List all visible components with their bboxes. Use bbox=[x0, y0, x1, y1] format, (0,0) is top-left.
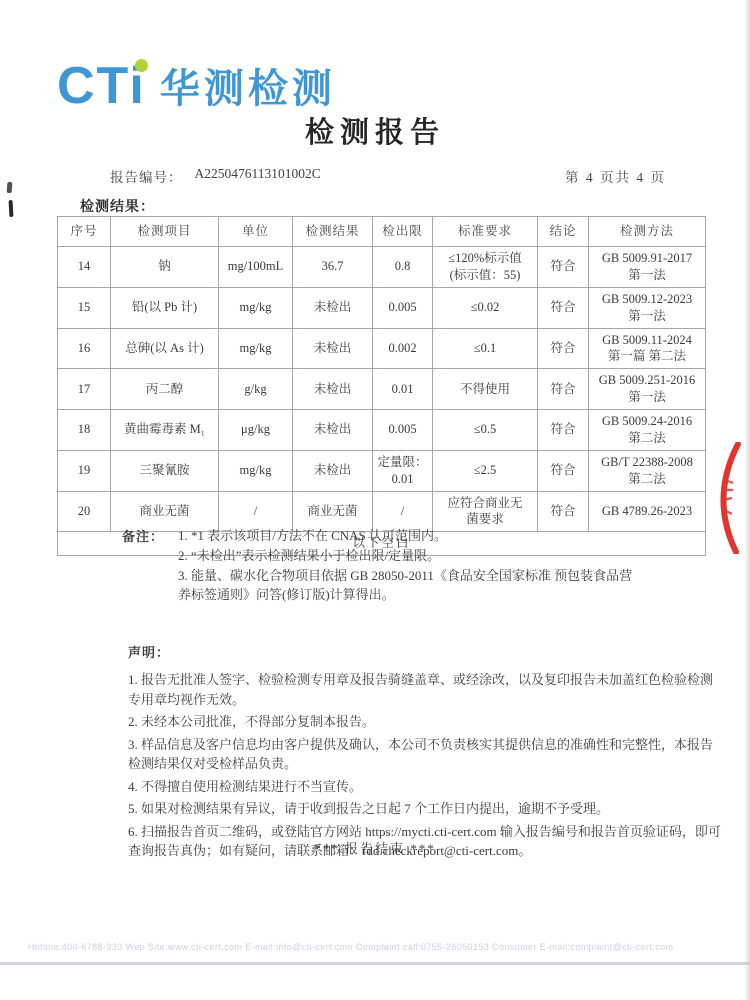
table-cell: 未检出 bbox=[293, 369, 373, 410]
table-cell: 总砷(以 As 计) bbox=[111, 328, 219, 369]
table-cell: 符合 bbox=[538, 328, 589, 369]
table-cell: 三聚氰胺 bbox=[111, 450, 219, 491]
table-row: 18黄曲霉毒素 M₁μg/kg未检出0.005≤0.5符合GB 5009.24-… bbox=[58, 410, 706, 451]
table-cell: 未检出 bbox=[293, 328, 373, 369]
table-cell: 0.005 bbox=[373, 410, 433, 451]
table-cell: GB 5009.11-2024 第一篇 第二法 bbox=[589, 328, 706, 369]
list-item: 2. 未经本公司批准，不得部分复制本报告。 bbox=[128, 712, 724, 732]
col-header-detection-limit: 检出限 bbox=[373, 217, 433, 247]
list-item: 4. 不得擅自使用检测结果进行不当宣传。 bbox=[128, 777, 724, 797]
table-cell: 符合 bbox=[538, 247, 589, 288]
table-cell: 未检出 bbox=[293, 410, 373, 451]
table-cell: 19 bbox=[58, 450, 111, 491]
table-cell: mg/100mL bbox=[219, 247, 293, 288]
cti-logo-chinese: 华测检测 bbox=[160, 68, 336, 110]
table-cell: 未检出 bbox=[293, 450, 373, 491]
col-header-seq: 序号 bbox=[58, 217, 111, 247]
table-cell: 20 bbox=[58, 491, 111, 532]
table-cell: GB 5009.24-2016 第二法 bbox=[589, 410, 706, 451]
declaration-block: 声明： 1. 报告无批准人签字、检验检测专用章及报告骑缝盖章、或经涂改，以及复印… bbox=[128, 642, 724, 864]
table-row: 17丙二醇g/kg未检出0.01不得使用符合GB 5009.251-2016 第… bbox=[58, 369, 706, 410]
list-item: 1. *1 表示该项目/方法不在 CNAS 认可范围内。 bbox=[178, 526, 642, 545]
table-cell: 黄曲霉毒素 M₁ bbox=[111, 410, 219, 451]
table-cell: GB/T 22388-2008 第二法 bbox=[589, 450, 706, 491]
table-cell: GB 5009.12-2023 第一法 bbox=[589, 287, 706, 328]
table-cell: 定量限： 0.01 bbox=[373, 450, 433, 491]
table-cell: mg/kg bbox=[219, 450, 293, 491]
list-item: 1. 报告无批准人签字、检验检测专用章及报告骑缝盖章、或经涂改，以及复印报告未加… bbox=[128, 670, 724, 709]
table-cell: 18 bbox=[58, 410, 111, 451]
footer-contact-line: Hotline:400-6788-333 Web Site:www.cti-ce… bbox=[28, 942, 728, 952]
table-cell: 17 bbox=[58, 369, 111, 410]
col-header-standard: 标准要求 bbox=[433, 217, 538, 247]
report-end-note: *** 报告结束 *** bbox=[0, 838, 750, 857]
table-cell: 符合 bbox=[538, 410, 589, 451]
table-cell: 符合 bbox=[538, 287, 589, 328]
table-cell: 15 bbox=[58, 287, 111, 328]
cti-logo-text: CTi bbox=[57, 63, 146, 110]
binding-mark bbox=[9, 200, 14, 217]
table-cell: 14 bbox=[58, 247, 111, 288]
table-row: 16总砷(以 As 计)mg/kg未检出0.002≤0.1符合GB 5009.1… bbox=[58, 328, 706, 369]
declaration-list: 1. 报告无批准人签字、检验检测专用章及报告骑缝盖章、或经涂改，以及复印报告未加… bbox=[128, 670, 724, 861]
table-cell: mg/kg bbox=[219, 287, 293, 328]
table-cell: 0.002 bbox=[373, 328, 433, 369]
remarks-label: 备注： bbox=[122, 526, 178, 605]
table-cell: 16 bbox=[58, 328, 111, 369]
red-seal-stamp bbox=[698, 442, 750, 554]
table-cell: 0.01 bbox=[373, 369, 433, 410]
table-cell: ≤0.1 bbox=[433, 328, 538, 369]
table-cell: 0.005 bbox=[373, 287, 433, 328]
list-item: 3. 能量、碳水化合物项目依据 GB 28050-2011《食品安全国家标准 预… bbox=[178, 566, 642, 604]
table-cell: GB 5009.251-2016 第一法 bbox=[589, 369, 706, 410]
remarks-list: 1. *1 表示该项目/方法不在 CNAS 认可范围内。2. “未检出”表示检测… bbox=[178, 526, 642, 605]
list-item: 5. 如果对检测结果有异议，请于收到报告之日起 7 个工作日内提出，逾期不予受理… bbox=[128, 799, 724, 819]
col-header-item: 检测项目 bbox=[111, 217, 219, 247]
table-cell: 0.8 bbox=[373, 247, 433, 288]
list-item: 3. 样品信息及客户信息均由客户提供及确认，本公司不负责核实其提供信息的准确性和… bbox=[128, 735, 724, 774]
table-header-row: 序号 检测项目 单位 检测结果 检出限 标准要求 结论 检测方法 bbox=[58, 217, 706, 247]
table-cell: 丙二醇 bbox=[111, 369, 219, 410]
red-seal-arc-icon bbox=[698, 442, 750, 554]
report-number-value: A2250476113101002C bbox=[195, 166, 321, 186]
table-cell: ≤120%标示值 (标示值：55) bbox=[433, 247, 538, 288]
results-section-title: 检测结果： bbox=[80, 196, 155, 216]
table-row: 19三聚氰胺mg/kg未检出定量限： 0.01≤2.5符合GB/T 22388-… bbox=[58, 450, 706, 491]
table-cell: 未检出 bbox=[293, 287, 373, 328]
scan-edge-bottom bbox=[0, 962, 750, 965]
table-cell: mg/kg bbox=[219, 328, 293, 369]
remarks-block: 备注： 1. *1 表示该项目/方法不在 CNAS 认可范围内。2. “未检出”… bbox=[122, 526, 642, 605]
table-cell: 符合 bbox=[538, 450, 589, 491]
report-page: CTi 华测检测 检测报告 报告编号： A2250476113101002C 第… bbox=[0, 0, 750, 1000]
col-header-unit: 单位 bbox=[219, 217, 293, 247]
binding-mark bbox=[7, 182, 13, 193]
list-item: 2. “未检出”表示检测结果小于检出限/定量限。 bbox=[178, 546, 642, 565]
table-cell: μg/kg bbox=[219, 410, 293, 451]
table-cell: ≤2.5 bbox=[433, 450, 538, 491]
page-indicator: 第 4 页共 4 页 bbox=[565, 166, 666, 186]
report-number-label: 报告编号： bbox=[110, 166, 183, 186]
table-cell: g/kg bbox=[219, 369, 293, 410]
col-header-method: 检测方法 bbox=[589, 217, 706, 247]
table-cell: 符合 bbox=[538, 369, 589, 410]
table-row: 14钠mg/100mL36.70.8≤120%标示值 (标示值：55)符合GB … bbox=[58, 247, 706, 288]
cti-logo: CTi 华测检测 bbox=[57, 48, 336, 110]
table-cell: 钠 bbox=[111, 247, 219, 288]
table-cell: ≤0.5 bbox=[433, 410, 538, 451]
table-row: 15铅(以 Pb 计)mg/kg未检出0.005≤0.02符合GB 5009.1… bbox=[58, 287, 706, 328]
table-cell: ≤0.02 bbox=[433, 287, 538, 328]
logo-green-dot-icon bbox=[135, 59, 148, 72]
table-cell: 36.7 bbox=[293, 247, 373, 288]
table-cell: 不得使用 bbox=[433, 369, 538, 410]
col-header-conclusion: 结论 bbox=[538, 217, 589, 247]
results-table: 序号 检测项目 单位 检测结果 检出限 标准要求 结论 检测方法 14钠mg/1… bbox=[57, 216, 706, 556]
table-cell: GB 5009.91-2017 第一法 bbox=[589, 247, 706, 288]
declaration-label: 声明： bbox=[128, 642, 724, 661]
table-cell: 铅(以 Pb 计) bbox=[111, 287, 219, 328]
col-header-result: 检测结果 bbox=[293, 217, 373, 247]
page-title: 检测报告 bbox=[0, 110, 750, 151]
